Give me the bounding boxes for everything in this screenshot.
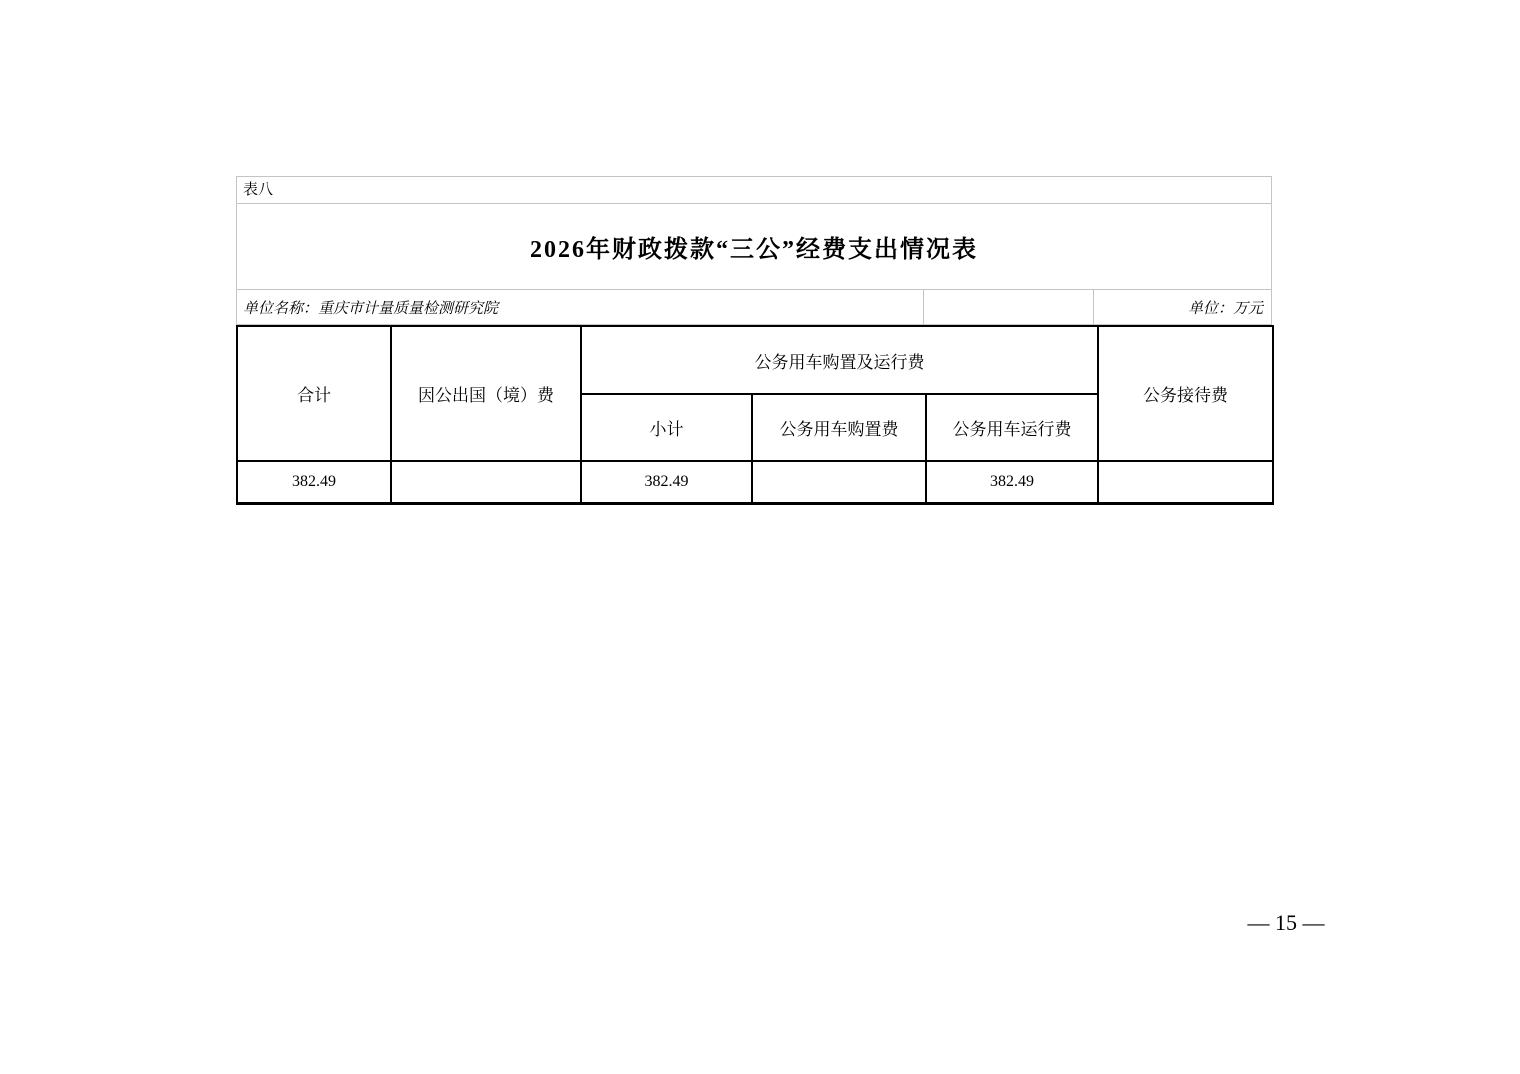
unit-of-measure-label: 单位：万元 xyxy=(1094,290,1271,324)
expense-table: 合计 因公出国（境）费 公务用车购置及运行费 公务接待费 小计 公务用车购置费 … xyxy=(236,325,1274,505)
cell-vehicle-purchase xyxy=(752,461,926,503)
document-page: 表八 2026年财政拨款“三公”经费支出情况表 单位名称：重庆市计量质量检测研究… xyxy=(0,0,1520,1074)
header-total: 合计 xyxy=(237,326,391,461)
title-row: 2026年财政拨款“三公”经费支出情况表 xyxy=(237,204,1271,289)
header-reception: 公务接待费 xyxy=(1098,326,1273,461)
table-row: 382.49 382.49 382.49 xyxy=(237,461,1273,503)
report-block: 表八 2026年财政拨款“三公”经费支出情况表 单位名称：重庆市计量质量检测研究… xyxy=(236,176,1272,505)
cell-abroad xyxy=(391,461,581,503)
header-vehicle-purchase: 公务用车购置费 xyxy=(752,394,926,461)
header-vehicle-operation: 公务用车运行费 xyxy=(926,394,1098,461)
unit-name-label: 单位名称：重庆市计量质量检测研究院 xyxy=(237,290,924,324)
page-number: — 15 — xyxy=(1236,910,1336,936)
header-row-1: 合计 因公出国（境）费 公务用车购置及运行费 公务接待费 xyxy=(237,326,1273,394)
unit-row-empty-cell xyxy=(924,290,1094,324)
unit-info-row: 单位名称：重庆市计量质量检测研究院 单位：万元 xyxy=(237,289,1271,324)
report-header-block: 表八 2026年财政拨款“三公”经费支出情况表 单位名称：重庆市计量质量检测研究… xyxy=(236,176,1272,325)
cell-total: 382.49 xyxy=(237,461,391,503)
page-title: 2026年财政拨款“三公”经费支出情况表 xyxy=(530,229,978,264)
cell-vehicle-subtotal: 382.49 xyxy=(581,461,752,503)
cell-vehicle-operation: 382.49 xyxy=(926,461,1098,503)
header-vehicle-subtotal: 小计 xyxy=(581,394,752,461)
cell-reception xyxy=(1098,461,1273,503)
table-index-label: 表八 xyxy=(237,177,1271,204)
header-abroad: 因公出国（境）费 xyxy=(391,326,581,461)
header-vehicle-group: 公务用车购置及运行费 xyxy=(581,326,1098,394)
